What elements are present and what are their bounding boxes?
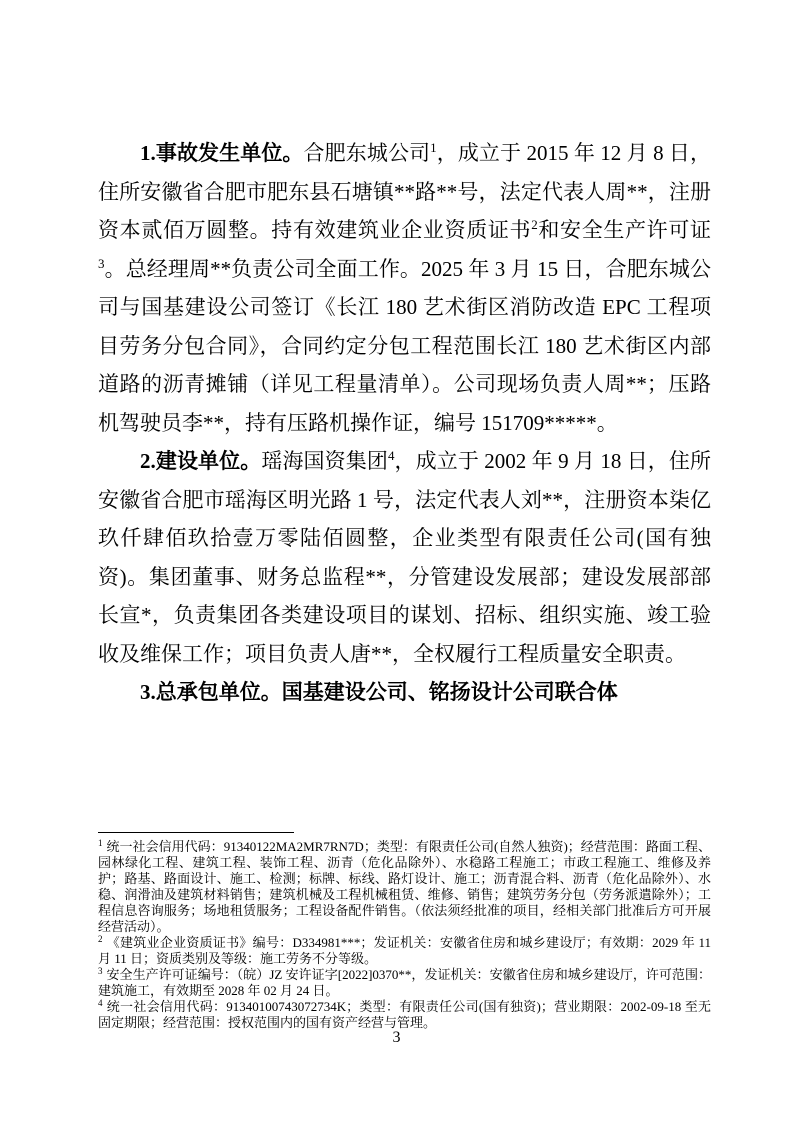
footnote-separator <box>98 832 294 833</box>
footnotes-section: 1统一社会信用代码：91340122MA2MR7RN7D；类型：有限责任公司(自… <box>98 832 711 1031</box>
footnote-marker: 2 <box>98 934 103 944</box>
footnote-marker: 3 <box>98 966 103 976</box>
text-run: 瑶海国资集团 <box>261 449 388 473</box>
paragraph-accident-unit: 1.事故发生单位。合肥东城公司1，成立于 2015 年 12 月 8 日，住所安… <box>98 134 711 442</box>
footnote-4: 4统一社会信用代码：91340100743072734K；类型：有限责任公司(国… <box>98 999 711 1031</box>
text-run: 和安全生产许可证 <box>538 218 711 242</box>
paragraph-general-contractor: 3.总承包单位。国基建设公司、铭扬设计公司联合体 <box>98 673 711 712</box>
footnote-text: 《建筑业企业资质证书》编号：D334981***；发证机关：安徽省住房和城乡建设… <box>98 935 711 966</box>
text-run: 合肥东城公司 <box>304 141 431 165</box>
document-body: 1.事故发生单位。合肥东城公司1，成立于 2015 年 12 月 8 日，住所安… <box>98 134 711 712</box>
footnote-text: 统一社会信用代码：91340122MA2MR7RN7D；类型：有限责任公司(自然… <box>98 839 711 934</box>
section-heading-3: 3.总承包单位。国基建设公司、铭扬设计公司联合体 <box>140 680 618 704</box>
paragraph-construction-unit: 2.建设单位。瑶海国资集团4，成立于 2002 年 9 月 18 日，住所安徽省… <box>98 442 711 673</box>
page-number: 3 <box>0 1028 793 1048</box>
footnote-text: 安全生产许可证编号：（皖）JZ 安许证字[2022]0370**，发证机关：安徽… <box>98 967 711 998</box>
section-heading-2: 2.建设单位。 <box>140 449 261 473</box>
section-heading-1: 1.事故发生单位。 <box>140 141 304 165</box>
text-run: ，成立于 2002 年 9 月 18 日，住所安徽省合肥市瑶海区明光路 1 号，… <box>98 449 711 666</box>
footnote-3: 3安全生产许可证编号：（皖）JZ 安许证字[2022]0370**，发证机关：安… <box>98 967 711 999</box>
footnote-marker: 1 <box>98 838 103 848</box>
document-page: 1.事故发生单位。合肥东城公司1，成立于 2015 年 12 月 8 日，住所安… <box>0 0 793 1122</box>
footnote-marker: 4 <box>98 998 103 1008</box>
footnote-1: 1统一社会信用代码：91340122MA2MR7RN7D；类型：有限责任公司(自… <box>98 839 711 935</box>
text-run: 。总经理周**负责公司全面工作。2025 年 3 月 15 日，合肥东城公司与国… <box>98 257 711 435</box>
footnote-2: 2《建筑业企业资质证书》编号：D334981***；发证机关：安徽省住房和城乡建… <box>98 935 711 967</box>
footnote-text: 统一社会信用代码：91340100743072734K；类型：有限责任公司(国有… <box>98 999 711 1030</box>
